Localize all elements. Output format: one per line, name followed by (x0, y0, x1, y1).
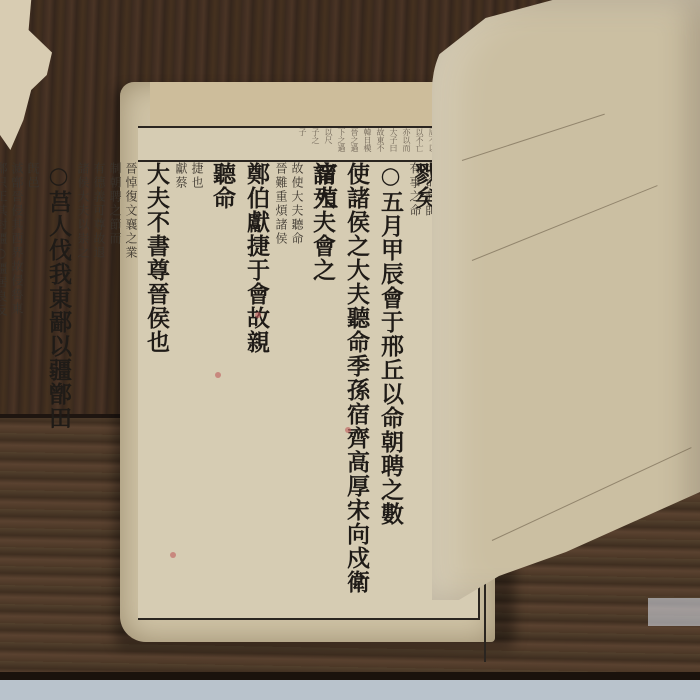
printed-text-frame: 君何事南大其之我九周不以以不亡亦以而大子曰故東不韓日模晉之過下之過以尺子之子 曰… (138, 126, 480, 620)
header-annotation-column: 子 (296, 128, 309, 160)
commentary-column: 有德義可尊故退 (92, 162, 106, 610)
commentary-column: 捷也 (190, 162, 204, 610)
header-annotation-column: 子之 (309, 128, 322, 160)
header-annotation-column: 以尺 (322, 128, 335, 160)
commentary-column-pair: 有德義可尊故退諸侯大夫以崇之 (76, 162, 106, 610)
commentary-column-pair: 故使大夫聽命晉難重煩諸侯 (274, 162, 304, 610)
commentary-column: 有事之命 (408, 162, 422, 610)
commentary-column-pair: 滅鄫晉侵其西界故侵魯東鄫只正其封疆○疆居良反 (0, 162, 24, 610)
main-text-columns: 曰爾何知國有大命而有正卿童子言焉將爲戮矣大命起師有事之命○五月甲辰會于邢丘以命朝… (138, 162, 472, 610)
commentary-column: 晉難重煩諸侯 (274, 162, 288, 610)
commentary-column: 制朝聘之節而 (108, 162, 122, 610)
main-text-column: 諸大夫會之 (306, 162, 338, 610)
main-text-column: ○莒人伐我東鄙以疆鄫田 (42, 162, 74, 610)
red-punctuation-mark (255, 312, 261, 318)
main-text-column: 大夫不書尊晉侯也 (140, 162, 172, 610)
red-punctuation-mark (170, 552, 176, 558)
header-annotation-column: 故東不 (374, 128, 387, 160)
red-punctuation-mark (345, 427, 351, 433)
commentary-column: 諸侯大夫以崇之 (76, 162, 90, 610)
commentary-column: 滅鄫晉侵其西界故侵魯東 (10, 162, 24, 610)
red-punctuation-mark (215, 372, 221, 378)
main-text-column: 使諸侯之大夫聽命季孫宿齊高厚宋向戍衛甯殖 (340, 162, 372, 610)
header-annotation-column: 下之過 (335, 128, 348, 160)
commentary-column: 旣邑 (26, 162, 40, 610)
header-annotation-column: 韓日模 (361, 128, 374, 160)
header-annotation-column: 以不亡 (413, 128, 426, 160)
page-top-margin (150, 82, 480, 130)
commentary-column: 故使大夫聽命 (290, 162, 304, 610)
commentary-column: 晉悼復文襄之業 (124, 162, 138, 610)
header-annotation-column: 大子曰 (387, 128, 400, 160)
floor-background (0, 680, 700, 700)
paper-crease (472, 185, 658, 261)
commentary-column: 獻蔡 (174, 162, 188, 610)
clear-tape (648, 598, 700, 626)
commentary-column-pair: 晉悼復文襄之業制朝聘之節而 (108, 162, 138, 610)
header-annotation-column: 晉之過 (348, 128, 361, 160)
commentary-column: 鄫只正其封疆○疆居良反 (0, 162, 8, 610)
header-annotation-strip: 君何事南大其之我九周不以以不亡亦以而大子曰故東不韓日模晉之過下之過以尺子之子 (138, 128, 478, 162)
main-text-column: 聽命 (206, 162, 238, 610)
table-edge (0, 672, 700, 680)
paper-crease (462, 114, 605, 161)
main-text-column: 鄭伯獻捷于會故親 (240, 162, 272, 610)
commentary-column-pair: 捷也獻蔡 (174, 162, 204, 610)
main-text-column: ○五月甲辰會于邢丘以命朝聘之數 (374, 162, 406, 610)
header-annotation-column: 亦以而 (400, 128, 413, 160)
curled-right-page (432, 0, 700, 600)
commentary-column-pair: 旣邑 (26, 162, 40, 610)
